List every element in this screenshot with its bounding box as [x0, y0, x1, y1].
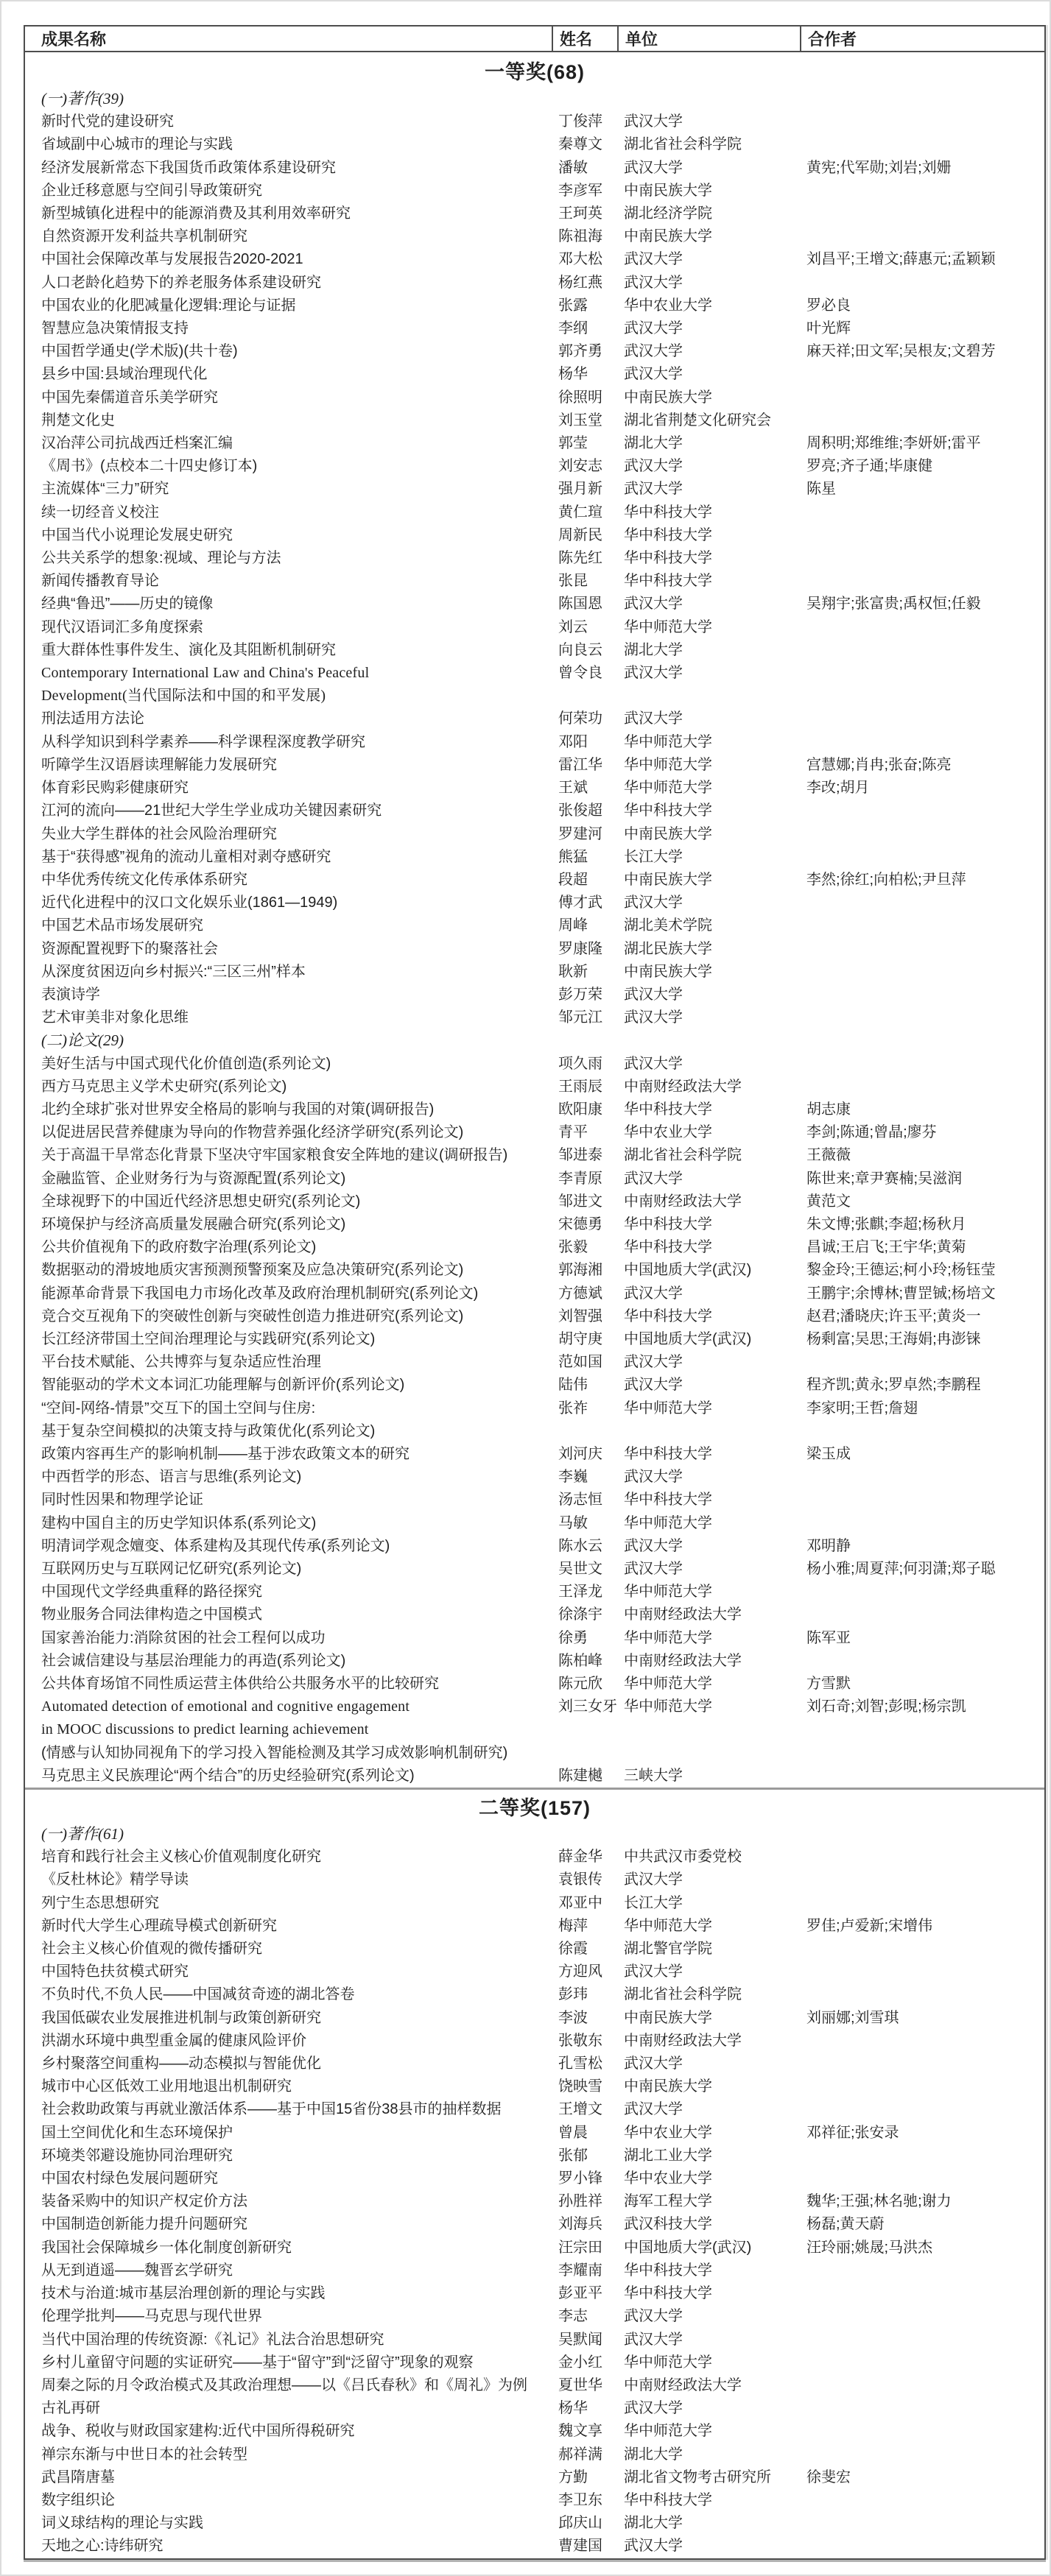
author-name: 徐霞 — [552, 1938, 617, 1961]
coauthors: 陈军亚 — [800, 1627, 1044, 1650]
title-line: 技术与治道:城市基层治理创新的理论与实践 — [41, 2282, 552, 2305]
coauthors: 杨剩富;吴思;王海娟;冉澎铼 — [800, 1328, 1044, 1351]
result-title-cell: 新型城镇化进程中的能源消费及其利用效率研究 — [25, 202, 552, 225]
title-line: 中国农业的化肥减量化逻辑:理论与证据 — [41, 294, 552, 317]
coauthors: 梁玉成 — [800, 1443, 1044, 1466]
institution: 华中科技大学 — [617, 1305, 800, 1328]
institution: 华中科技大学 — [617, 2489, 800, 2512]
table-row: 听障学生汉语唇读理解能力发展研究雷江华华中师范大学宫慧娜;肖冉;张奋;陈亮 — [25, 754, 1044, 777]
coauthors: 方雪默 — [800, 1673, 1044, 1695]
institution: 武汉大学 — [617, 363, 800, 386]
table-row: 中国当代小说理论发展史研究周新民华中科技大学 — [25, 524, 1044, 547]
table-row: 《周书》(点校本二十四史修订本)刘安志武汉大学罗亮;齐子通;毕康健 — [25, 455, 1044, 478]
institution: 中南民族大学 — [617, 823, 800, 846]
title-line: 中国特色扶贫模式研究 — [41, 1961, 552, 1983]
author-name: 强月新 — [552, 478, 617, 501]
author-name: 吴默闻 — [552, 2329, 617, 2351]
title-line: 自然资源开发利益共享机制研究 — [41, 225, 552, 248]
result-title-cell: 古礼再研 — [25, 2397, 552, 2420]
title-line: 汉冶萍公司抗战西迁档案汇编 — [41, 432, 552, 455]
author-name: 王雨辰 — [552, 1076, 617, 1098]
institution: 武汉大学 — [617, 1053, 800, 1076]
author-name: 耿新 — [552, 961, 617, 984]
table-row: 伦理学批判——马克思与现代世界李志武汉大学 — [25, 2305, 1044, 2328]
institution: 华中师范大学 — [617, 616, 800, 639]
institution: 华中科技大学 — [617, 1443, 800, 1466]
result-title-cell: 乡村儿童留守问题的实证研究——基于“留守”到“泛留守”现象的观察 — [25, 2351, 552, 2374]
result-title-cell: Automated detection of emotional and cog… — [25, 1695, 552, 1765]
table-row: 美好生活与中国式现代化价值创造(系列论文)项久雨武汉大学 — [25, 1053, 1044, 1076]
title-line: 荆楚文化史 — [41, 409, 552, 432]
institution: 华中科技大学 — [617, 570, 800, 593]
institution: 武汉大学 — [617, 662, 800, 685]
result-title-cell: 经典“鲁迅”——历史的镜像 — [25, 593, 552, 615]
institution: 华中科技大学 — [617, 800, 800, 822]
table-row: 艺术审美非对象化思维邹元江武汉大学 — [25, 1006, 1044, 1029]
author-name: 段超 — [552, 869, 617, 892]
document-page: 成果名称 姓名 单位 合作者 一等奖(68)(一)著作(39)新时代党的建设研究… — [0, 0, 1051, 2576]
institution: 中南民族大学 — [617, 961, 800, 984]
table-row: 新时代大学生心理疏导模式创新研究梅萍华中师范大学罗佳;卢爱新;宋增伟 — [25, 1915, 1044, 1938]
table-row: 物业服务合同法律构造之中国模式徐涤宇中南财经政法大学 — [25, 1603, 1044, 1626]
author-name: 张敬东 — [552, 2030, 617, 2053]
result-title-cell: 国家善治能力:消除贫困的社会工程何以成功 — [25, 1627, 552, 1650]
title-line: 能源革命背景下我国电力市场化改革及政府治理机制研究(系列论文) — [41, 1282, 552, 1305]
institution: 湖北美术学院 — [617, 914, 800, 937]
author-name: 张昆 — [552, 570, 617, 593]
title-line: 中国农村绿色发展问题研究 — [41, 2167, 552, 2190]
result-title-cell: 环境类邻避设施协同治理研究 — [25, 2145, 552, 2167]
result-title-cell: 荆楚文化史 — [25, 409, 552, 432]
coauthors: 黄范文 — [800, 1190, 1044, 1213]
title-line: 禅宗东渐与中世日本的社会转型 — [41, 2443, 552, 2466]
table-row: 基于“获得感”视角的流动儿童相对剥夺感研究熊猛长江大学 — [25, 846, 1044, 869]
table-row: 从科学知识到科学素养——科学课程深度教学研究邓阳华中师范大学 — [25, 731, 1044, 754]
title-line: 中华优秀传统文化传承体系研究 — [41, 869, 552, 892]
title-line: 表演诗学 — [41, 984, 552, 1006]
award-section-heading: 二等奖(157) — [25, 1788, 1044, 1823]
title-line: 中国社会保障改革与发展报告2020-2021 — [41, 248, 552, 271]
result-title-cell: 政策内容再生产的影响机制——基于涉农政策文本的研究 — [25, 1443, 552, 1466]
coauthors: 徐斐宏 — [800, 2466, 1044, 2489]
institution: 武汉大学 — [617, 1351, 800, 1374]
title-line: 从无到逍遥——魏晋玄学研究 — [41, 2259, 552, 2282]
institution: 武汉大学 — [617, 1869, 800, 1891]
institution: 华中师范大学 — [617, 1915, 800, 1938]
table-row: 战争、税收与财政国家建构:近代中国所得税研究魏文享华中师范大学 — [25, 2420, 1044, 2443]
coauthors: 黄宪;代军勋;刘岩;刘姗 — [800, 157, 1044, 180]
title-line: 物业服务合同法律构造之中国模式 — [41, 1603, 552, 1626]
author-name: 马敏 — [552, 1512, 617, 1535]
table-row: 武昌隋唐墓方勤湖北省文物考古研究所徐斐宏 — [25, 2466, 1044, 2489]
title-line: 列宁生态思想研究 — [41, 1892, 552, 1915]
author-name: 陈先红 — [552, 547, 617, 570]
col-header-result-title: 成果名称 — [25, 27, 552, 51]
title-line: 中国先秦儒道音乐美学研究 — [41, 387, 552, 409]
title-line: Development(当代国际法和中国的和平发展) — [41, 685, 552, 707]
result-title-cell: 数字组织论 — [25, 2489, 552, 2512]
result-title-cell: 听障学生汉语唇读理解能力发展研究 — [25, 754, 552, 777]
title-line: 同时性因果和物理学论证 — [41, 1489, 552, 1511]
result-title-cell: 中国农业的化肥减量化逻辑:理论与证据 — [25, 294, 552, 317]
table-row: 我国低碳农业发展推进机制与政策创新研究李波中南民族大学刘丽娜;刘雪琪 — [25, 2007, 1044, 2030]
coauthors: 罗佳;卢爱新;宋增伟 — [800, 1915, 1044, 1938]
title-line: 社会主义核心价值观的微传播研究 — [41, 1938, 552, 1961]
table-row: 荆楚文化史刘玉堂湖北省荆楚文化研究会 — [25, 409, 1044, 432]
institution: 武汉大学 — [617, 1374, 800, 1397]
author-name: 罗建河 — [552, 823, 617, 846]
author-name: 宋德勇 — [552, 1213, 617, 1236]
table-row: 体育彩民购彩健康研究王斌华中师范大学李改;胡月 — [25, 777, 1044, 800]
result-title-cell: 列宁生态思想研究 — [25, 1892, 552, 1915]
table-row: 经济发展新常态下我国货币政策体系建设研究潘敏武汉大学黄宪;代军勋;刘岩;刘姗 — [25, 157, 1044, 180]
result-title-cell: 公共关系学的想象:视域、理论与方法 — [25, 547, 552, 570]
institution: 华中科技大学 — [617, 2282, 800, 2305]
table-row: 天地之心:诗纬研究曹建国武汉大学 — [25, 2535, 1044, 2558]
institution: 武汉大学 — [617, 2535, 800, 2558]
title-line: 新时代大学生心理疏导模式创新研究 — [41, 1915, 552, 1938]
title-line: 天地之心:诗纬研究 — [41, 2535, 552, 2558]
coauthors: 李剑;陈通;曾晶;廖芬 — [800, 1121, 1044, 1144]
author-name: 郭齐勇 — [552, 340, 617, 363]
author-name: 饶映雪 — [552, 2075, 617, 2098]
author-name: 吴世文 — [552, 1558, 617, 1581]
author-name: 青平 — [552, 1121, 617, 1144]
title-line: 中国制造创新能力提升问题研究 — [41, 2213, 552, 2236]
title-line: 武昌隋唐墓 — [41, 2466, 552, 2489]
result-title-cell: 智能驱动的学术文本词汇功能理解与创新评价(系列论文) — [25, 1374, 552, 1397]
result-title-cell: 社会救助政策与再就业激活体系——基于中国15省份38县市的抽样数据 — [25, 2098, 552, 2121]
result-title-cell: 中国先秦儒道音乐美学研究 — [25, 387, 552, 409]
table-row: 词义球结构的理论与实践邱庆山湖北大学 — [25, 2512, 1044, 2535]
institution: 华中师范大学 — [617, 1581, 800, 1603]
coauthors: 邓明静 — [800, 1535, 1044, 1558]
institution: 华中师范大学 — [617, 1512, 800, 1535]
author-name: 陈水云 — [552, 1535, 617, 1558]
institution: 长江大学 — [617, 846, 800, 869]
author-name: 郭海湘 — [552, 1259, 617, 1282]
title-line: 环境保护与经济高质量发展融合研究(系列论文) — [41, 1213, 552, 1236]
title-line: 公共价值视角下的政府数字治理(系列论文) — [41, 1236, 552, 1259]
coauthors: 刘昌平;王增文;薛惠元;孟颖颖 — [800, 248, 1044, 271]
title-line: “空间-网络-情景”交互下的国土空间与住房: — [41, 1397, 552, 1420]
title-line: 环境类邻避设施协同治理研究 — [41, 2145, 552, 2167]
institution: 湖北省社会科学院 — [617, 133, 800, 156]
table-row: 新型城镇化进程中的能源消费及其利用效率研究王珂英湖北经济学院 — [25, 202, 1044, 225]
table-row: 中国哲学通史(学术版)(共十卷)郭齐勇武汉大学麻天祥;田文军;吴根友;文碧芳 — [25, 340, 1044, 363]
author-name: 陈建樾 — [552, 1765, 617, 1788]
table-row: 政策内容再生产的影响机制——基于涉农政策文本的研究刘河庆华中科技大学梁玉成 — [25, 1443, 1044, 1466]
institution: 华中科技大学 — [617, 2259, 800, 2282]
result-title-cell: 《反杜林论》精学导读 — [25, 1869, 552, 1891]
author-name: 周峰 — [552, 914, 617, 937]
author-name: 徐涤宇 — [552, 1603, 617, 1626]
institution: 湖北经济学院 — [617, 202, 800, 225]
result-title-cell: 天地之心:诗纬研究 — [25, 2535, 552, 2558]
title-line: 词义球结构的理论与实践 — [41, 2512, 552, 2535]
title-line: 听障学生汉语唇读理解能力发展研究 — [41, 754, 552, 777]
author-name: 李卫东 — [552, 2489, 617, 2512]
table-row: 环境类邻避设施协同治理研究张郁湖北工业大学 — [25, 2145, 1044, 2167]
institution: 武汉大学 — [617, 272, 800, 294]
table-row: 省域副中心城市的理论与实践秦尊文湖北省社会科学院 — [25, 133, 1044, 156]
coauthors: 黎金玲;王德运;柯小玲;杨钰莹 — [800, 1259, 1044, 1282]
institution: 中南民族大学 — [617, 225, 800, 248]
title-line: 基于“获得感”视角的流动儿童相对剥夺感研究 — [41, 846, 552, 869]
result-title-cell: 新闻传播教育导论 — [25, 570, 552, 593]
author-name: 罗小锋 — [552, 2167, 617, 2190]
result-title-cell: 国土空间优化和生态环境保护 — [25, 2122, 552, 2145]
result-title-cell: 续一切经音义校注 — [25, 501, 552, 524]
table-row: 乡村儿童留守问题的实证研究——基于“留守”到“泛留守”现象的观察金小红华中师范大… — [25, 2351, 1044, 2374]
institution: 华中农业大学 — [617, 1121, 800, 1144]
coauthors: 李然;徐红;向柏松;尹旦萍 — [800, 869, 1044, 892]
table-row: 新闻传播教育导论张昆华中科技大学 — [25, 570, 1044, 593]
institution: 中南财经政法大学 — [617, 1603, 800, 1626]
institution: 中南民族大学 — [617, 387, 800, 409]
table-row: 洪湖水环境中典型重金属的健康风险评价张敬东中南财经政法大学 — [25, 2030, 1044, 2053]
institution: 武汉大学 — [617, 1168, 800, 1190]
table-row: 从无到逍遥——魏晋玄学研究李耀南华中科技大学 — [25, 2259, 1044, 2282]
coauthors: 宫慧娜;肖冉;张奋;陈亮 — [800, 754, 1044, 777]
title-line: 从深度贫困迈向乡村振兴:“三区三州”样本 — [41, 961, 552, 984]
result-title-cell: 重大群体性事件发生、演化及其阻断机制研究 — [25, 639, 552, 662]
result-title-cell: 金融监管、企业财务行为与资源配置(系列论文) — [25, 1168, 552, 1190]
title-line: 企业迁移意愿与空间引导政策研究 — [41, 180, 552, 202]
author-name: 杨华 — [552, 363, 617, 386]
author-name: 刘玉堂 — [552, 409, 617, 432]
result-title-cell: 环境保护与经济高质量发展融合研究(系列论文) — [25, 1213, 552, 1236]
title-line: Automated detection of emotional and cog… — [41, 1695, 552, 1718]
institution: 湖北省社会科学院 — [617, 1144, 800, 1167]
coauthors: 刘石奇;刘智;彭晛;杨宗凯 — [800, 1695, 1044, 1718]
title-line: 江河的流向——21世纪大学生学业成功关键因素研究 — [41, 800, 552, 822]
title-line: 长江经济带国土空间治理理论与实践研究(系列论文) — [41, 1328, 552, 1351]
title-line: in MOOC discussions to predict learning … — [41, 1718, 552, 1741]
result-title-cell: 禅宗东渐与中世日本的社会转型 — [25, 2443, 552, 2466]
title-line: 培育和践行社会主义核心价值观制度化研究 — [41, 1846, 552, 1869]
result-title-cell: 经济发展新常态下我国货币政策体系建设研究 — [25, 157, 552, 180]
title-line: 续一切经音义校注 — [41, 501, 552, 524]
author-name: 王泽龙 — [552, 1581, 617, 1603]
result-title-cell: 中国哲学通史(学术版)(共十卷) — [25, 340, 552, 363]
subsection-label: (一)著作(61) — [25, 1823, 1044, 1846]
institution: 湖北大学 — [617, 432, 800, 455]
award-table: 成果名称 姓名 单位 合作者 一等奖(68)(一)著作(39)新时代党的建设研究… — [24, 25, 1046, 2560]
author-name: 刘云 — [552, 616, 617, 639]
author-name: 汤志恒 — [552, 1489, 617, 1511]
result-title-cell: 从科学知识到科学素养——科学课程深度教学研究 — [25, 731, 552, 754]
result-title-cell: 当代中国治理的传统资源:《礼记》礼法合治思想研究 — [25, 2329, 552, 2351]
title-line: 中国现代文学经典重释的路径探究 — [41, 1581, 552, 1603]
institution: 中国地质大学(武汉) — [617, 1259, 800, 1282]
institution: 中南财经政法大学 — [617, 1076, 800, 1098]
institution: 武汉大学 — [617, 1282, 800, 1305]
institution: 湖北工业大学 — [617, 2145, 800, 2167]
title-line: 装备采购中的知识产权定价方法 — [41, 2190, 552, 2213]
title-line: 城市中心区低效工业用地退出机制研究 — [41, 2075, 552, 2098]
coauthors: 刘丽娜;刘雪琪 — [800, 2007, 1044, 2030]
author-name: 孔雪松 — [552, 2053, 617, 2075]
table-row: 互联网历史与互联网记忆研究(系列论文)吴世文武汉大学杨小雅;周夏萍;何羽潇;郑子… — [25, 1558, 1044, 1581]
author-name: 邱庆山 — [552, 2512, 617, 2535]
result-title-cell: 中国农村绿色发展问题研究 — [25, 2167, 552, 2190]
institution: 武汉大学 — [617, 707, 800, 730]
author-name: 汪宗田 — [552, 2237, 617, 2259]
author-name: 方德斌 — [552, 1282, 617, 1305]
table-row: 竞合交互视角下的突破性创新与突破性创造力推进研究(系列论文)刘智强华中科技大学赵… — [25, 1305, 1044, 1328]
title-line: 人口老龄化趋势下的养老服务体系建设研究 — [41, 272, 552, 294]
result-title-cell: 同时性因果和物理学论证 — [25, 1489, 552, 1511]
table-row: 失业大学生群体的社会风险治理研究罗建河中南民族大学 — [25, 823, 1044, 846]
table-row: Automated detection of emotional and cog… — [25, 1695, 1044, 1765]
institution: 武汉大学 — [617, 2397, 800, 2420]
coauthors: 杨磊;黄天蔚 — [800, 2213, 1044, 2236]
institution: 华中农业大学 — [617, 2122, 800, 2145]
coauthors: 李改;胡月 — [800, 777, 1044, 800]
table-row: 中国制造创新能力提升问题研究刘海兵武汉科技大学杨磊;黄天蔚 — [25, 2213, 1044, 2236]
result-title-cell: 资源配置视野下的聚落社会 — [25, 938, 552, 961]
institution: 华中农业大学 — [617, 294, 800, 317]
result-title-cell: 自然资源开发利益共享机制研究 — [25, 225, 552, 248]
institution: 武汉大学 — [617, 593, 800, 615]
author-name: 陆伟 — [552, 1374, 617, 1397]
table-row: 中华优秀传统文化传承体系研究段超中南民族大学李然;徐红;向柏松;尹旦萍 — [25, 869, 1044, 892]
coauthors: 朱文博;张麒;李超;杨秋月 — [800, 1213, 1044, 1236]
table-row: 马克思主义民族理论“两个结合”的历史经验研究(系列论文)陈建樾三峡大学 — [25, 1765, 1044, 1788]
result-title-cell: 乡村聚落空间重构——动态模拟与智能优化 — [25, 2053, 552, 2075]
institution: 湖北省文物考古研究所 — [617, 2466, 800, 2489]
result-title-cell: 中国当代小说理论发展史研究 — [25, 524, 552, 547]
table-row: 金融监管、企业财务行为与资源配置(系列论文)李青原武汉大学陈世来;章尹赛楠;吴滋… — [25, 1168, 1044, 1190]
result-title-cell: 词义球结构的理论与实践 — [25, 2512, 552, 2535]
table-row: 西方马克思主义学术史研究(系列论文)王雨辰中南财经政法大学 — [25, 1076, 1044, 1098]
table-row: 从深度贫困迈向乡村振兴:“三区三州”样本耿新中南民族大学 — [25, 961, 1044, 984]
institution: 华中师范大学 — [617, 1397, 800, 1420]
table-row: 建构中国自主的历史学知识体系(系列论文)马敏华中师范大学 — [25, 1512, 1044, 1535]
title-line: 中国哲学通史(学术版)(共十卷) — [41, 340, 552, 363]
author-name: 彭亚平 — [552, 2282, 617, 2305]
table-row: 以促进居民营养健康为导向的作物营养强化经济学研究(系列论文)青平华中农业大学李剑… — [25, 1121, 1044, 1144]
title-line: 数据驱动的滑坡地质灾害预测预警预案及应急决策研究(系列论文) — [41, 1259, 552, 1282]
title-line: 经济发展新常态下我国货币政策体系建设研究 — [41, 157, 552, 180]
institution: 华中农业大学 — [617, 2167, 800, 2190]
result-title-cell: 现代汉语词汇多角度探索 — [25, 616, 552, 639]
col-header-institution: 单位 — [617, 27, 800, 51]
coauthors: 陈星 — [800, 478, 1044, 501]
title-line: 省域副中心城市的理论与实践 — [41, 133, 552, 156]
title-line: 新型城镇化进程中的能源消费及其利用效率研究 — [41, 202, 552, 225]
institution: 武汉大学 — [617, 478, 800, 501]
author-name: 丁俊萍 — [552, 110, 617, 133]
institution: 武汉大学 — [617, 248, 800, 271]
author-name: 曾令良 — [552, 662, 617, 685]
result-title-cell: 社会主义核心价值观的微传播研究 — [25, 1938, 552, 1961]
author-name: 彭玮 — [552, 1983, 617, 2006]
author-name: 张毅 — [552, 1236, 617, 1259]
institution: 武汉大学 — [617, 157, 800, 180]
table-row: 数字组织论李卫东华中科技大学 — [25, 2489, 1044, 2512]
title-line: 数字组织论 — [41, 2489, 552, 2512]
institution: 湖北民族大学 — [617, 938, 800, 961]
result-title-cell: 中西哲学的形态、语言与思维(系列论文) — [25, 1466, 552, 1489]
institution: 华中科技大学 — [617, 1236, 800, 1259]
title-line: 建构中国自主的历史学知识体系(系列论文) — [41, 1512, 552, 1535]
result-title-cell: 明清词学观念嬗变、体系建构及其现代传承(系列论文) — [25, 1535, 552, 1558]
author-name: 陈元欣 — [552, 1673, 617, 1695]
result-title-cell: 江河的流向——21世纪大学生学业成功关键因素研究 — [25, 800, 552, 822]
coauthors: 叶光辉 — [800, 317, 1044, 340]
institution: 华中科技大学 — [617, 524, 800, 547]
author-name: 刘河庆 — [552, 1443, 617, 1466]
author-name: 张祚 — [552, 1397, 617, 1420]
institution: 中南民族大学 — [617, 180, 800, 202]
result-title-cell: 数据驱动的滑坡地质灾害预测预警预案及应急决策研究(系列论文) — [25, 1259, 552, 1282]
title-line: 不负时代,不负人民——中国减贫奇迹的湖北答卷 — [41, 1983, 552, 2006]
result-title-cell: 主流媒体“三力”研究 — [25, 478, 552, 501]
institution: 华中科技大学 — [617, 1489, 800, 1511]
institution: 武汉大学 — [617, 2305, 800, 2328]
author-name: 张郁 — [552, 2145, 617, 2167]
title-line: 中西哲学的形态、语言与思维(系列论文) — [41, 1466, 552, 1489]
subsection-label: (一)著作(39) — [25, 88, 1044, 110]
title-line: 公共体育场馆不同性质运营主体供给公共服务水平的比较研究 — [41, 1673, 552, 1695]
result-title-cell: 《周书》(点校本二十四史修订本) — [25, 455, 552, 478]
title-line: 乡村儿童留守问题的实证研究——基于“留守”到“泛留守”现象的观察 — [41, 2351, 552, 2374]
title-line: 战争、税收与财政国家建构:近代中国所得税研究 — [41, 2420, 552, 2443]
author-name: 徐勇 — [552, 1627, 617, 1650]
institution: 湖北大学 — [617, 2512, 800, 2535]
table-row: 近代化进程中的汉口文化娱乐业(1861—1949)傅才武武汉大学 — [25, 892, 1044, 914]
institution: 武汉大学 — [617, 110, 800, 133]
table-row: 中国社会保障改革与发展报告2020-2021邓大松武汉大学刘昌平;王增文;薛惠元… — [25, 248, 1044, 271]
title-line: 中国当代小说理论发展史研究 — [41, 524, 552, 547]
table-row: 公共价值视角下的政府数字治理(系列论文)张毅华中科技大学昌诚;王启飞;王宇华;黄… — [25, 1236, 1044, 1259]
author-name: 邓阳 — [552, 731, 617, 754]
institution: 湖北警官学院 — [617, 1938, 800, 1961]
institution: 湖北大学 — [617, 639, 800, 662]
coauthors: 麻天祥;田文军;吴根友;文碧芳 — [800, 340, 1044, 363]
author-name: 方迎风 — [552, 1961, 617, 1983]
result-title-cell: 表演诗学 — [25, 984, 552, 1006]
author-name: 王斌 — [552, 777, 617, 800]
institution: 武汉科技大学 — [617, 2213, 800, 2236]
coauthors: 陈世来;章尹赛楠;吴滋润 — [800, 1168, 1044, 1190]
title-line: 互联网历史与互联网记忆研究(系列论文) — [41, 1558, 552, 1581]
title-line: 竞合交互视角下的突破性创新与突破性创造力推进研究(系列论文) — [41, 1305, 552, 1328]
title-line: 新时代党的建设研究 — [41, 110, 552, 133]
institution: 中南财经政法大学 — [617, 1650, 800, 1673]
result-title-cell: 失业大学生群体的社会风险治理研究 — [25, 823, 552, 846]
title-line: 县乡中国:县域治理现代化 — [41, 363, 552, 386]
title-line: 伦理学批判——马克思与现代世界 — [41, 2305, 552, 2328]
coauthors: 罗必良 — [800, 294, 1044, 317]
result-title-cell: 全球视野下的中国近代经济思想史研究(系列论文) — [25, 1190, 552, 1213]
coauthors: 魏华;王强;林名驰;谢力 — [800, 2190, 1044, 2213]
institution: 长江大学 — [617, 1892, 800, 1915]
result-title-cell: 伦理学批判——马克思与现代世界 — [25, 2305, 552, 2328]
coauthors: 邓祥征;张安录 — [800, 2122, 1044, 2145]
coauthors: 程齐凯;黄永;罗卓然;李鹏程 — [800, 1374, 1044, 1397]
result-title-cell: 近代化进程中的汉口文化娱乐业(1861—1949) — [25, 892, 552, 914]
table-body: 一等奖(68)(一)著作(39)新时代党的建设研究丁俊萍武汉大学省域副中心城市的… — [25, 52, 1044, 2558]
author-name: 刘智强 — [552, 1305, 617, 1328]
author-name: 胡守庚 — [552, 1328, 617, 1351]
result-title-cell: 城市中心区低效工业用地退出机制研究 — [25, 2075, 552, 2098]
table-row: 同时性因果和物理学论证汤志恒华中科技大学 — [25, 1489, 1044, 1511]
institution: 华中师范大学 — [617, 754, 800, 777]
table-row: 表演诗学彭万荣武汉大学 — [25, 984, 1044, 1006]
